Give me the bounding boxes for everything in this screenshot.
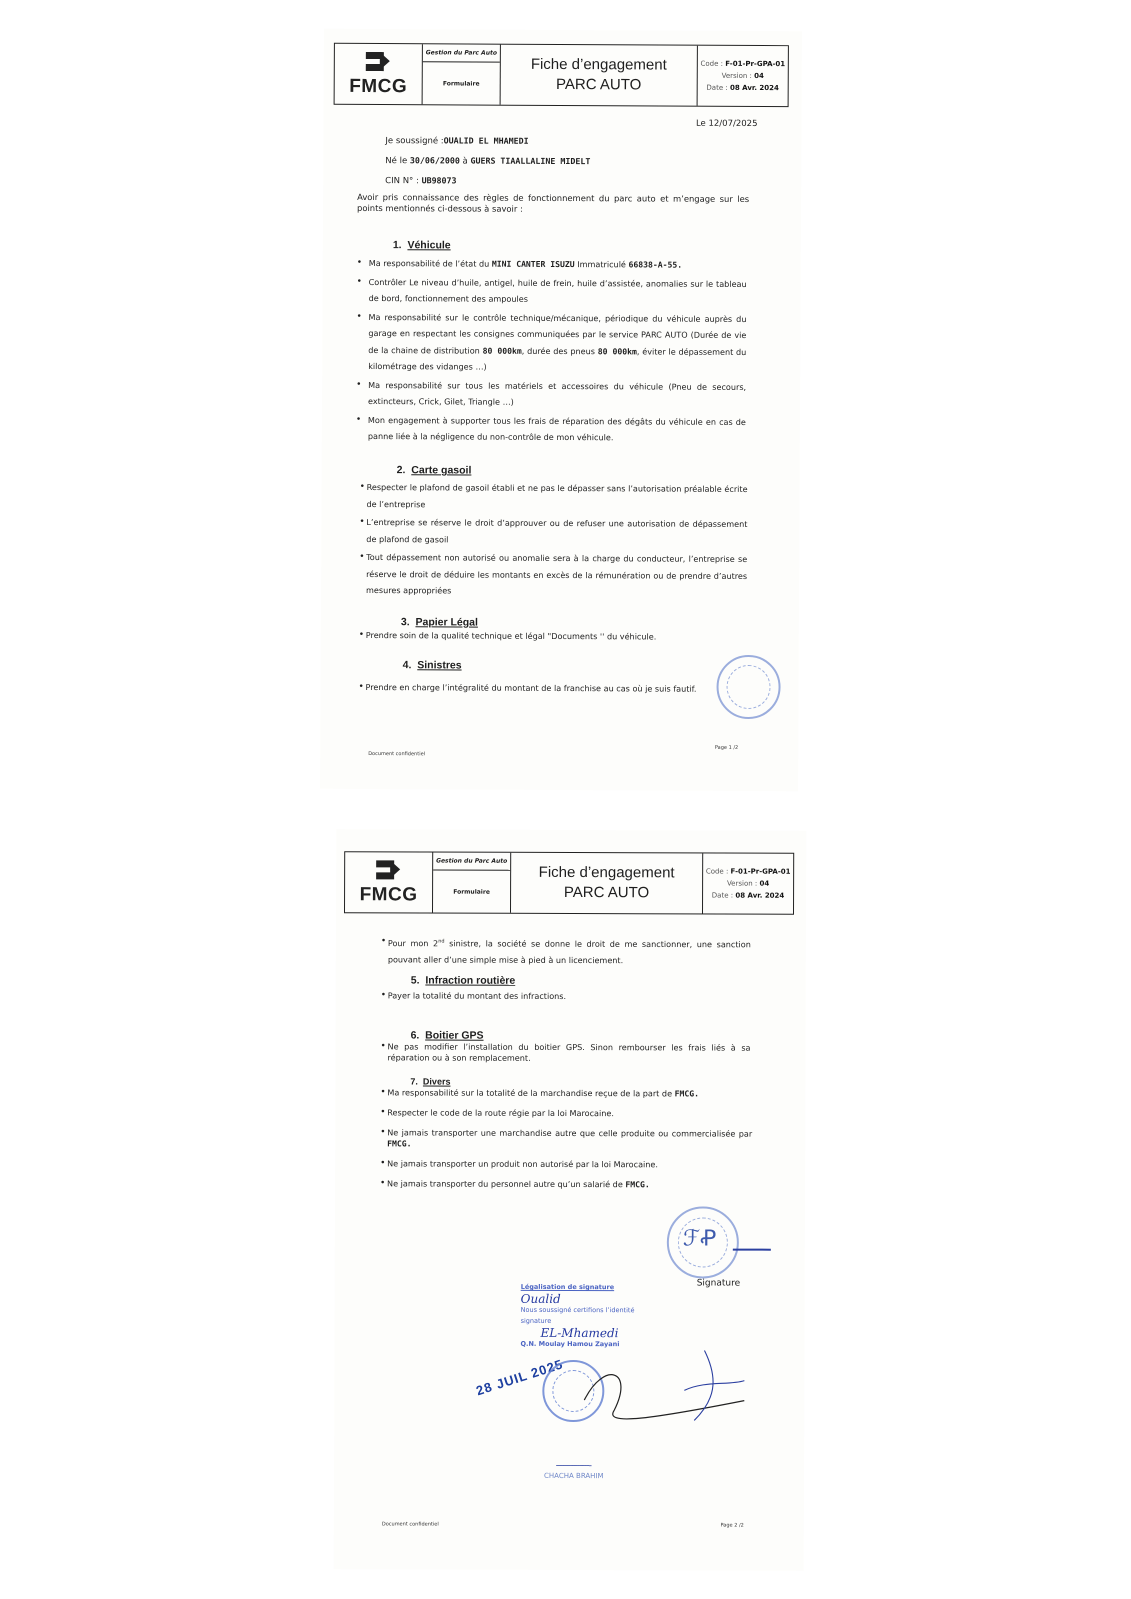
signatory-identity: Je soussigné :OUALID EL MHAMEDI Né le 30… [385,131,590,192]
logo-text: FMCG [360,884,418,906]
logo-text: FMCG [349,76,407,98]
list-item: Ma responsabilité sur le contrôle techni… [354,308,746,376]
list-item: L’entreprise se réserve le droit d’appro… [359,514,747,549]
doc-type-label: Formulaire [433,871,510,913]
section-title-carte-gasoil: 2. Carte gasoil [397,464,472,476]
list-item: Tout dépassement non autorisé ou anomali… [359,549,747,601]
section-list-papier-legal: Prendre soin de la qualité technique et … [359,627,759,648]
document-title: Fiche d’engagement PARC AUTO [511,853,703,914]
section-list-divers: Ma responsabilité sur la totalité de la … [380,1087,752,1192]
doc-date: 08 Avr. 2024 [730,84,779,92]
doc-version: 04 [759,880,769,888]
document-meta: Code : F-01-Pr-GPA-01 Version : 04 Date … [698,46,788,106]
document-header: FMCG Gestion du Parc Auto Formulaire Fic… [344,851,794,915]
department-label: Gestion du Parc Auto [423,44,500,62]
list-item: Ne pas modifier l’installation du boitie… [380,1041,750,1064]
document-page-2: FMCG Gestion du Parc Auto Formulaire Fic… [334,829,807,1571]
footer-confidential: Document confidentiel [368,751,425,757]
section-title-infraction: 5. Infraction routière [411,974,516,986]
doc-date: 08 Avr. 2024 [735,892,784,900]
list-item: Ne jamais transporter une marchandise au… [380,1127,752,1150]
doc-code: F-01-Pr-GPA-01 [725,60,785,68]
birth-date: 30/06/2000 [410,155,460,165]
sinistres-continuation: Pour mon 2nd sinistre, la société se don… [381,933,751,971]
section-title-vehicule: 1. Véhicule [393,239,451,251]
handwritten-first-name: Oualid [521,1293,635,1305]
document-header: FMCG Gestion du Parc Auto Formulaire Fic… [334,43,789,107]
section-title-gps: 6. Boitier GPS [411,1029,484,1041]
list-item: Prendre soin de la qualité technique et … [359,627,759,646]
list-item: Ma responsabilité sur la totalité de la … [380,1087,752,1099]
signature-label: Signature [697,1278,740,1288]
signing-date: Le 12/07/2025 [696,119,758,129]
list-item: Prendre en charge l’intégralité du monta… [359,679,759,698]
page-number: Page 2 /2 [721,1523,744,1529]
fmcg-logo-icon [363,50,393,74]
section-list-carte-gasoil: Respecter le plafond de gasoil établi et… [359,479,748,603]
list-item: Pour mon 2nd sinistre, la société se don… [381,933,751,969]
list-item: Mon engagement à supporter tous les frai… [354,411,746,446]
section-list-gps: Ne pas modifier l’installation du boitie… [380,1041,750,1066]
list-item: Contrôler Le niveau d’huile, antigel, hu… [355,273,747,308]
signature-stroke [733,1249,771,1251]
document-meta: Code : F-01-Pr-GPA-01 Version : 04 Date … [703,853,793,913]
page-number: Page 1 /2 [715,745,738,751]
section-title-divers: 7. Divers [410,1076,450,1086]
list-item: Payer la totalité du montant des infract… [381,987,751,1005]
intro-paragraph: Avoir pris connaissance des règles de fo… [357,192,749,215]
section-list-sinistres: Prendre en charge l’intégralité du monta… [358,679,758,700]
doc-version: 04 [754,72,764,80]
department-label: Gestion du Parc Auto [433,853,510,871]
document-page-1: FMCG Gestion du Parc Auto Formulaire Fic… [320,29,802,791]
list-item: Ma responsabilité de l’état du MINI CANT… [355,255,747,274]
footer-confidential: Document confidentiel [382,1521,439,1527]
doc-type-label: Formulaire [423,62,500,104]
company-stamp: ℱꝒ [667,1206,739,1278]
company-logo: FMCG [345,852,433,912]
list-item: Ma responsabilité sur tous les matériels… [354,376,746,411]
section-title-sinistres: 4. Sinistres [403,659,462,671]
doc-code: F-01-Pr-GPA-01 [731,868,791,876]
company-logo: FMCG [335,44,423,104]
section-list-infraction: Payer la totalité du montant des infract… [381,987,751,1007]
list-item: Respecter le plafond de gasoil établi et… [359,479,747,514]
fmcg-logo-icon [374,858,404,882]
section-list-vehicule: Ma responsabilité de l’état du MINI CANT… [354,255,747,449]
birth-place: GUERS TIAALLALINE MIDELT [470,156,590,167]
company-stamp [716,655,780,719]
cin-number: UB98073 [422,175,457,185]
signature-scribble-icon [544,1340,764,1431]
document-title: Fiche d’engagement PARC AUTO [501,45,698,106]
signatory-name: OUALID EL MHAMEDI [444,135,529,145]
list-item: Respecter le code de la route régie par … [380,1107,752,1119]
handwritten-last-name: EL-Mhamedi [521,1327,635,1339]
name-stamp: ـــــــــــــــ CHACHA BRAHIM [544,1458,604,1482]
list-item: Ne jamais transporter un produit non aut… [380,1158,752,1170]
list-item: Ne jamais transporter du personnel autre… [380,1178,752,1190]
